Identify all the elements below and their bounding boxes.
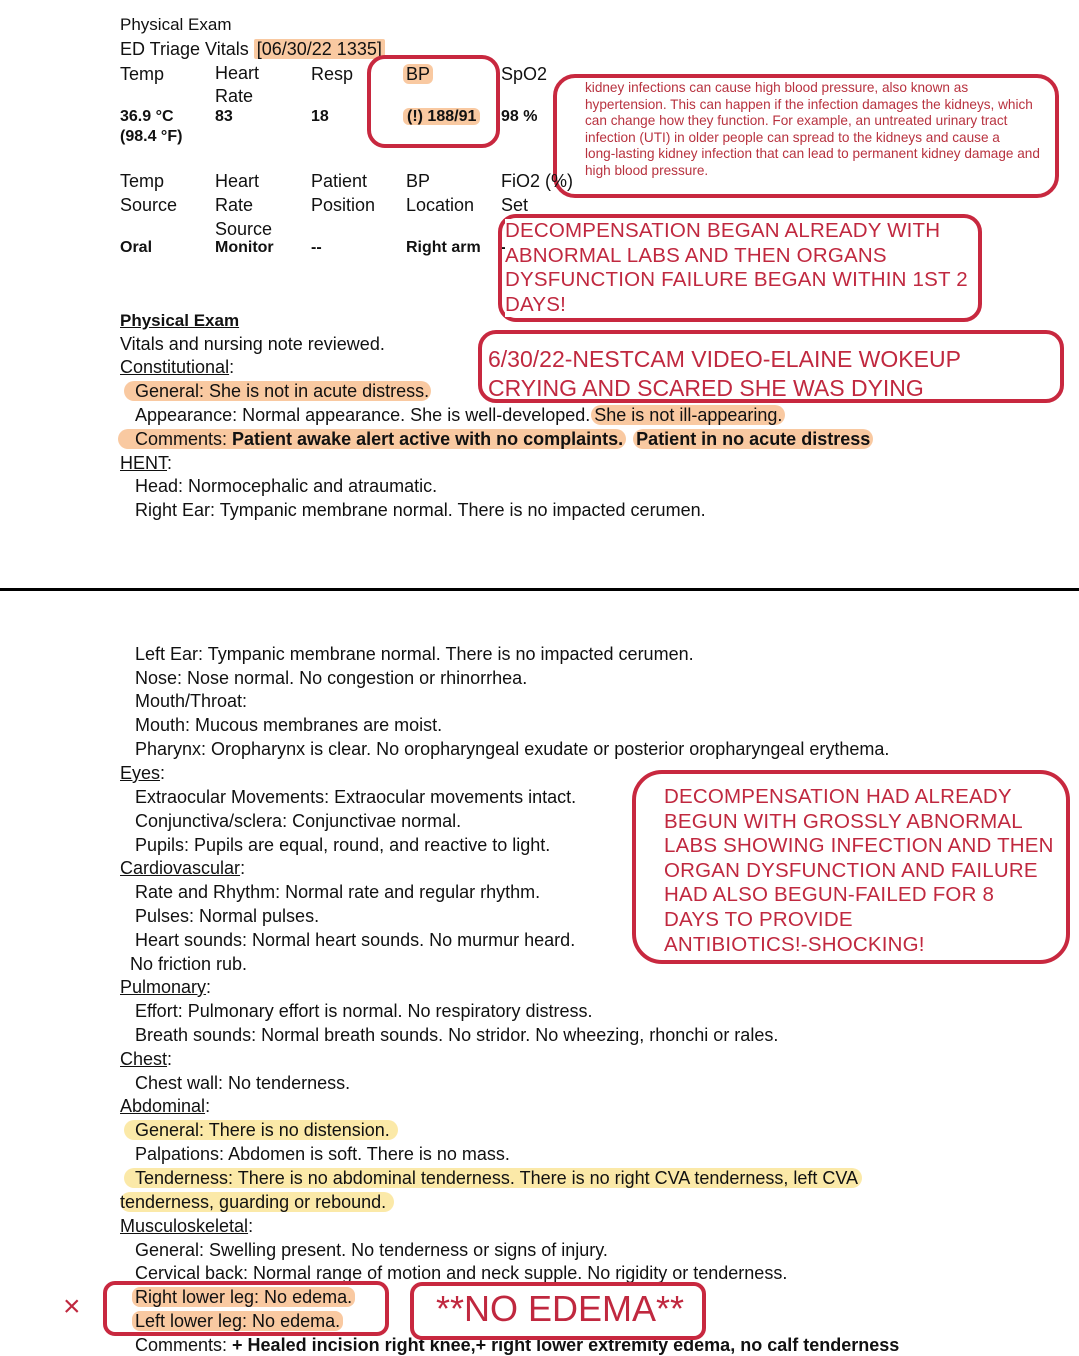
constitutional-heading: Constitutional: (120, 355, 234, 379)
leg-edema-annotation-box (103, 1281, 389, 1336)
vital-header-resp: Resp (311, 62, 353, 86)
note-line: DECOMPENSATION HAD ALREADY (664, 785, 1054, 810)
heading-text: HENT (120, 453, 167, 473)
eyes-eom: Extraocular Movements: Extraocular movem… (135, 785, 576, 809)
pulmonary-effort: Effort: Pulmonary effort is normal. No r… (135, 999, 593, 1023)
hent-mouth-throat: Mouth/Throat: (135, 689, 247, 713)
comments-a: Patient awake alert active with no compl… (232, 429, 623, 449)
heading-text: Chest (120, 1049, 167, 1069)
cardiovascular-heading: Cardiovascular: (120, 856, 245, 880)
appearance-text: Appearance: Normal appearance. She is we… (135, 405, 595, 425)
note-line: LABS SHOWING INFECTION AND THEN (664, 834, 1054, 859)
exam-reviewed: Vitals and nursing note reviewed. (120, 332, 385, 356)
colon: : (248, 1216, 253, 1236)
note-line: HAD ALSO BEGUN-FAILED FOR 8 (664, 883, 1054, 908)
note-line: CRYING AND SCARED SHE WAS DYING (488, 374, 961, 403)
appearance-highlight: She is not ill-appearing. (591, 405, 785, 425)
triage-vitals-header: ED Triage Vitals [06/30/22 1335] (120, 37, 385, 61)
heading-text: Abdominal (120, 1096, 205, 1116)
kidney-note-line: kidney infections can cause high blood p… (585, 80, 1040, 97)
colon: : (205, 1096, 210, 1116)
cardio-rate: Rate and Rhythm: Normal rate and regular… (135, 880, 540, 904)
nestcam-note: 6/30/22-NESTCAM VIDEO-ELAINE WOKEUP CRYI… (488, 345, 961, 403)
eyes-pupils: Pupils: Pupils are equal, round, and rea… (135, 833, 550, 857)
kidney-note-line: can change how they function. For exampl… (585, 113, 1040, 130)
abdominal-tenderness-line1: Tenderness: There is no abdominal tender… (124, 1168, 862, 1188)
exam-title: Physical Exam (120, 309, 239, 333)
comments-b: Patient in no acute distress (633, 429, 873, 449)
no-edema-note: **NO EDEMA** (436, 1287, 684, 1331)
vital-value-resp: 18 (311, 107, 329, 127)
abdominal-tenderness-line2: tenderness, guarding or rebound. (120, 1192, 394, 1212)
cardio-friction: No friction rub. (130, 952, 247, 976)
colon: : (229, 357, 234, 377)
vital-value-temp-source: Oral (120, 238, 152, 258)
note-line: DECOMPENSATION BEGAN ALREADY WITH (505, 219, 968, 244)
heading-text: Musculoskeletal (120, 1216, 248, 1236)
cardio-pulses: Pulses: Normal pulses. (135, 904, 319, 928)
hent-heading: HENT: (120, 451, 172, 475)
vital-header-spo2: SpO2 (501, 62, 547, 86)
note-line: 6/30/22-NESTCAM VIDEO-ELAINE WOKEUP (488, 345, 961, 374)
decompensation-note-1: DECOMPENSATION BEGAN ALREADY WITH ABNORM… (505, 219, 968, 317)
constitutional-appearance: Appearance: Normal appearance. She is we… (135, 403, 785, 427)
note-line: BEGUN WITH GROSSLY ABNORMAL (664, 810, 1054, 835)
colon: : (206, 977, 211, 997)
kidney-note-line: high blood pressure. (585, 163, 1040, 180)
comments-label: Comments: (135, 429, 232, 449)
hent-left-ear: Left Ear: Tympanic membrane normal. Ther… (135, 642, 694, 666)
constitutional-general: General: She is not in acute distress. (124, 381, 431, 401)
vital-header-hr-source: Heart Rate Source (215, 169, 272, 241)
x-mark-icon: × (63, 1290, 81, 1324)
vital-header-patient-position: Patient Position (311, 169, 375, 217)
hent-nose: Nose: Nose normal. No congestion or rhin… (135, 666, 527, 690)
section-title: Physical Exam (120, 13, 231, 37)
vital-header-heart-rate: Heart Rate (215, 62, 259, 108)
vital-header-temp-source: Temp Source (120, 169, 177, 217)
kidney-note-line: infection (UTI) in older people can spre… (585, 130, 1040, 147)
hent-mouth: Mouth: Mucous membranes are moist. (135, 713, 442, 737)
colon: : (167, 1049, 172, 1069)
chest-wall: Chest wall: No tenderness. (135, 1071, 350, 1095)
kidney-note-line: long-lasting kidney infection that can l… (585, 146, 1040, 163)
note-line: ANTIBIOTICS!-SHOCKING! (664, 933, 1054, 958)
abdominal-general: General: There is no distension. (124, 1120, 398, 1140)
musculoskeletal-heading: Musculoskeletal: (120, 1214, 253, 1238)
colon: : (160, 763, 165, 783)
vital-value-heart-rate: 83 (215, 107, 233, 127)
vital-header-fio2: FiO2 (%) Set (501, 169, 573, 217)
heading-text: Cardiovascular (120, 858, 240, 878)
triage-datetime: [06/30/22 1335] (254, 39, 385, 59)
hent-head: Head: Normocephalic and atraumatic. (135, 474, 437, 498)
abdominal-palpations: Palpations: Abdomen is soft. There is no… (135, 1142, 510, 1166)
note-line: DYSFUNCTION FAILURE BEGAN WITHIN 1ST 2 (505, 268, 968, 293)
note-line: DAYS TO PROVIDE (664, 908, 1054, 933)
hent-right-ear: Right Ear: Tympanic membrane normal. The… (135, 498, 706, 522)
pulmonary-breath: Breath sounds: Normal breath sounds. No … (135, 1023, 778, 1047)
chest-heading: Chest: (120, 1047, 172, 1071)
note-line: DAYS! (505, 293, 968, 318)
vital-value-bp-location: Right arm (406, 238, 481, 258)
vital-value-temp: 36.9 °C (98.4 °F) (120, 107, 182, 147)
msk-general: General: Swelling present. No tenderness… (135, 1238, 608, 1262)
page-divider (0, 588, 1079, 591)
eyes-conjunctiva: Conjunctiva/sclera: Conjunctivae normal. (135, 809, 461, 833)
vital-value-hr-source: Monitor (215, 238, 274, 258)
vital-value-spo2: 98 % (501, 107, 537, 127)
heading-text: Constitutional (120, 357, 229, 377)
colon: : (167, 453, 172, 473)
decompensation-note-2: DECOMPENSATION HAD ALREADY BEGUN WITH GR… (664, 785, 1054, 957)
abdominal-heading: Abdominal: (120, 1094, 210, 1118)
hent-pharynx: Pharynx: Oropharynx is clear. No orophar… (135, 737, 889, 761)
kidney-note: kidney infections can cause high blood p… (585, 80, 1040, 180)
kidney-note-line: hypertension. This can happen if the inf… (585, 97, 1040, 114)
heading-text: Pulmonary (120, 977, 206, 997)
vital-header-bp-location: BP Location (406, 169, 474, 217)
comments-label: Comments: (135, 1335, 232, 1355)
pulmonary-heading: Pulmonary: (120, 975, 211, 999)
triage-label: ED Triage Vitals (120, 39, 254, 59)
colon: : (240, 858, 245, 878)
eyes-heading: Eyes: (120, 761, 165, 785)
bp-annotation-box (367, 55, 500, 148)
vital-header-temp: Temp (120, 62, 164, 86)
vital-value-patient-position: -- (311, 238, 322, 258)
note-line: ABNORMAL LABS AND THEN ORGANS (505, 244, 968, 269)
heading-text: Eyes (120, 763, 160, 783)
constitutional-comments: Comments: Patient awake alert active wit… (118, 427, 873, 451)
cardio-heart-sounds: Heart sounds: Normal heart sounds. No mu… (135, 928, 575, 952)
note-line: ORGAN DYSFUNCTION AND FAILURE (664, 859, 1054, 884)
